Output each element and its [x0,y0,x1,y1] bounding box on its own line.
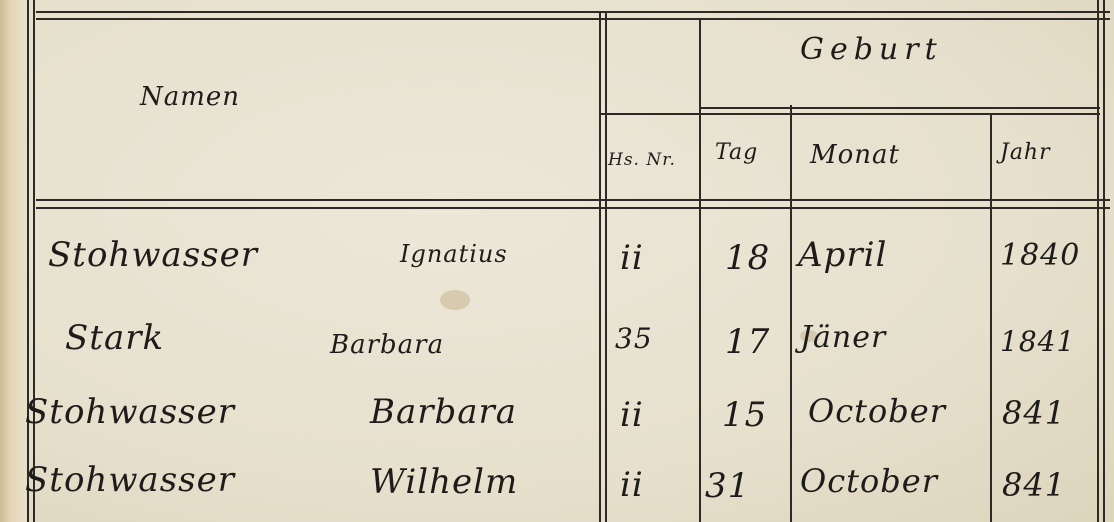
column-rule-house-inner [605,12,607,522]
entry-house-number: ii [620,395,644,435]
entry-surname: Stohwasser [25,392,235,432]
birth-subheader-rule [700,107,1100,109]
entry-birth-year: 1841 [1000,325,1075,358]
entry-birth-month: April [798,235,887,275]
header-name-column: Namen [140,82,240,112]
right-border-rule-inner [1103,0,1105,522]
header-bottom-rule [36,199,1110,201]
book-binding-edge [0,0,26,522]
entry-house-number: ii [620,238,644,278]
entry-birth-day: 18 [725,238,770,278]
entry-given-name: Barbara [330,330,444,360]
entry-surname: Stark [65,318,164,358]
column-rule-month [790,105,792,522]
entry-birth-year: 1840 [1000,238,1080,273]
header-day: Tag [715,140,758,165]
header-house-number: Hs. Nr. [608,150,676,170]
column-rule-house [599,12,601,522]
entry-surname: Stohwasser [48,235,258,275]
entry-birth-day: 31 [705,466,750,506]
column-rule-year [990,115,992,522]
entry-given-name: Wilhelm [370,462,518,502]
header-month: Monat [810,140,900,170]
entry-birth-month: October [800,462,938,500]
left-border-rule [27,0,29,522]
right-border-rule [1097,0,1099,522]
birth-subheader-rule-2 [600,113,1100,115]
entry-birth-day: 17 [725,322,770,362]
entry-birth-month: October [808,392,946,430]
entry-birth-month: Jäner [800,320,886,355]
register-page: Namen Geburt Hs. Nr. Tag Monat Jahr Stoh… [0,0,1114,522]
header-birth-group: Geburt [800,32,943,67]
paper-stain [440,290,470,310]
entry-birth-year: 841 [1002,466,1066,504]
entry-birth-year: 841 [1002,394,1066,432]
entry-house-number: ii [620,465,644,505]
entry-given-name: Barbara [370,392,517,432]
top-rule [36,11,1110,13]
left-border-rule-inner [33,0,35,522]
header-bottom-rule-inner [36,207,1110,209]
entry-given-name: Ignatius [400,240,508,268]
column-rule-day [699,20,701,522]
entry-house-number: 35 [615,322,653,355]
entry-birth-day: 15 [722,395,767,435]
header-year: Jahr [1000,140,1051,165]
entry-surname: Stohwasser [25,460,235,500]
top-rule-inner [36,18,1110,20]
